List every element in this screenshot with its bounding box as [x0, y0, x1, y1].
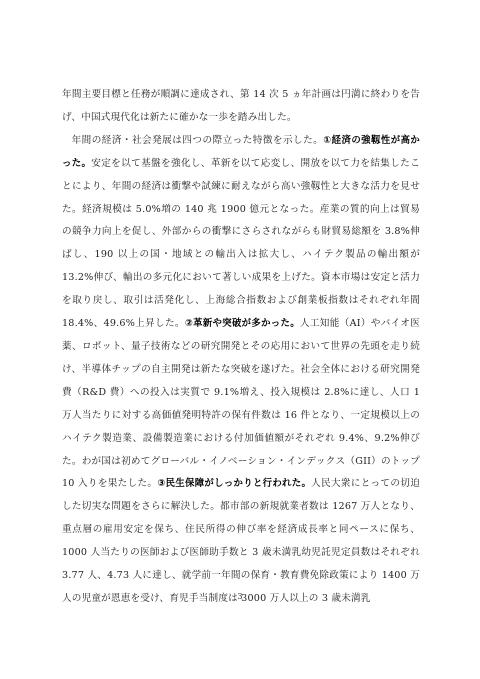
page-number: 3	[0, 591, 480, 603]
emphasis-run: ③民生保障がしっかりと行われた。	[157, 478, 311, 489]
text-run: 年間主要目標と任務が順調に達成され、第 14 次 5 ヵ年計画は円満に終わりを告…	[62, 89, 420, 123]
text-run: 人工知能（AI）やバイオ医薬、ロボット、量子技術などの研究開発とその応用において…	[62, 318, 420, 489]
text-run: 安定を以て基盤を強化し、革新を以て応変し、開放を以て力を結集したことにより、年間…	[62, 158, 420, 329]
paragraph: 年間の経済・社会発展は四つの際立った特徴を示した。①経済の強靱性が高かった。安定…	[62, 130, 420, 611]
text-run: 人民大衆にとっての切迫した切実な問題をさらに解決した。都市部の新規就業者数は 1…	[62, 478, 420, 604]
document-body: 年間主要目標と任務が順調に達成され、第 14 次 5 ヵ年計画は円満に終わりを告…	[62, 84, 420, 611]
paragraph: 年間主要目標と任務が順調に達成され、第 14 次 5 ヵ年計画は円満に終わりを告…	[62, 84, 420, 130]
emphasis-run: ②革新や突破が多かった。	[185, 318, 300, 329]
document-page: 年間主要目標と任務が順調に達成され、第 14 次 5 ヵ年計画は円満に終わりを告…	[0, 0, 480, 679]
text-run: 年間の経済・社会発展は四つの際立った特徴を示した。	[72, 135, 324, 146]
